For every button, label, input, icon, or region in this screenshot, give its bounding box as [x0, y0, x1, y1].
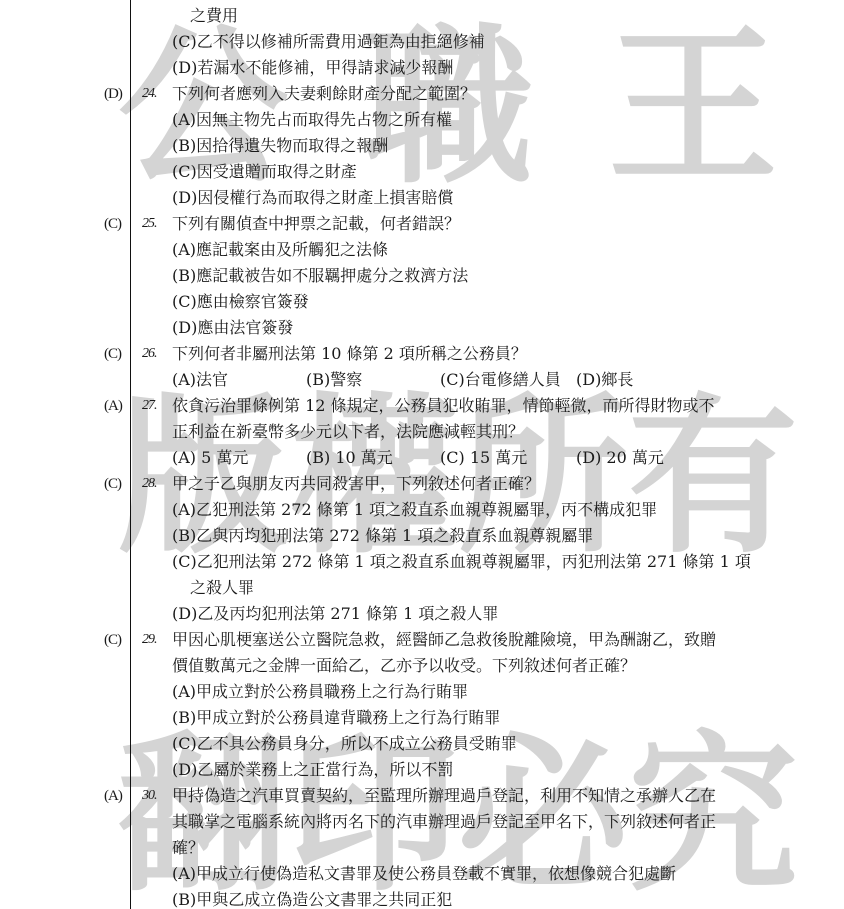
- answer-key: (C): [104, 344, 121, 364]
- q23-option-c: (C)乙不得以修補所需費用過鉅為由拒絕修補: [172, 32, 485, 52]
- answer-key: (C): [104, 214, 121, 234]
- answer-key: (C): [104, 630, 121, 650]
- option-a: (A)因無主物先占而取得先占物之所有權: [172, 110, 452, 130]
- option-b: (B)甲與乙成立偽造公文書罪之共同正犯: [172, 890, 452, 909]
- answer-key: (A): [104, 786, 122, 806]
- option-c: (C)應由檢察官簽發: [172, 292, 309, 312]
- option-a: (A)甲成立行使偽造私文書罪及使公務員登載不實罪，依想像競合犯處斷: [172, 864, 676, 884]
- question-number: 25.: [142, 214, 157, 234]
- question-stem-line-1: 甲因心肌梗塞送公立醫院急救，經醫師乙急救後脫離險境，甲為酬謝乙，致贈: [172, 630, 716, 650]
- option-c-continued: 之殺人罪: [190, 578, 254, 598]
- option-b: (B)警察: [306, 370, 362, 390]
- question-number: 24.: [142, 84, 157, 104]
- question-stem: 甲之子乙與朋友丙共同殺害甲，下列敘述何者正確？: [172, 474, 540, 494]
- option-a: (A)乙犯刑法第 272 條第 1 項之殺直系血親尊親屬罪，丙不構成犯罪: [172, 500, 657, 520]
- question-number: 26.: [142, 344, 157, 364]
- option-d: (D)應由法官簽發: [172, 318, 293, 338]
- q23-continuation: 之費用: [190, 6, 238, 26]
- question-stem-line-2: 價值數萬元之金牌一面給乙，乙亦予以收受。下列敘述何者正確？: [172, 656, 636, 676]
- answer-key: (A): [104, 396, 122, 416]
- option-d: (D)乙及丙均犯刑法第 271 條第 1 項之殺人罪: [172, 604, 498, 624]
- question-stem: 下列有關偵查中押票之記載，何者錯誤？: [172, 214, 460, 234]
- question-stem-line-1: 依貪污治罪條例第 12 條規定，公務員犯收賄罪，情節輕微，而所得財物或不: [172, 396, 715, 416]
- q23-option-d: (D)若漏水不能修補，甲得請求減少報酬: [172, 58, 453, 78]
- option-a: (A)法官: [172, 370, 228, 390]
- question-stem: 下列何者應列入夫妻剩餘財產分配之範圍？: [172, 84, 476, 104]
- answer-key: (D): [104, 84, 122, 104]
- option-d: (D)乙屬於業務上之正當行為，所以不罰: [172, 760, 453, 780]
- question-number: 27.: [142, 396, 157, 416]
- question-stem-line-2: 其職掌之電腦系統內將丙名下的汽車辦理過戶登記至甲名下，下列敘述何者正: [172, 812, 716, 832]
- option-a: (A) 5 萬元: [172, 448, 248, 468]
- option-c: (C) 15 萬元: [440, 448, 527, 468]
- answer-key: (C): [104, 474, 121, 494]
- answer-column-divider: [130, 0, 131, 909]
- option-d: (D) 20 萬元: [576, 448, 664, 468]
- question-number: 28.: [142, 474, 157, 494]
- option-d: (D)因侵權行為而取得之財產上損害賠償: [172, 188, 453, 208]
- question-number: 30.: [142, 786, 157, 806]
- option-b: (B)甲成立對於公務員違背職務上之行為行賄罪: [172, 708, 500, 728]
- option-a: (A)甲成立對於公務員職務上之行為行賄罪: [172, 682, 468, 702]
- option-c: (C)乙不具公務員身分，所以不成立公務員受賄罪: [172, 734, 517, 754]
- option-c: (C)台電修繕人員: [440, 370, 561, 390]
- option-c: (C)乙犯刑法第 272 條第 1 項之殺直系血親尊親屬罪，丙犯刑法第 271 …: [172, 552, 751, 572]
- watermark-char: 有: [628, 392, 798, 562]
- option-b: (B) 10 萬元: [306, 448, 393, 468]
- option-a: (A)應記載案由及所觸犯之法條: [172, 240, 388, 260]
- question-stem-line-1: 甲持偽造之汽車買賣契約，至監理所辦理過戶登記，利用不知情之承辦人乙在: [172, 786, 716, 806]
- option-b: (B)因拾得遺失物而取得之報酬: [172, 136, 388, 156]
- option-b: (B)應記載被告如不服羈押處分之救濟方法: [172, 266, 468, 286]
- option-d: (D)鄉長: [576, 370, 633, 390]
- question-number: 29.: [142, 630, 157, 650]
- option-b: (B)乙與丙均犯刑法第 272 條第 1 項之殺直系血親尊親屬罪: [172, 526, 593, 546]
- question-stem: 下列何者非屬刑法第 10 條第 2 項所稱之公務員？: [172, 344, 527, 364]
- question-stem-line-2: 正利益在新臺幣多少元以下者，法院應減輕其刑？: [172, 422, 524, 442]
- option-c: (C)因受遺贈而取得之財產: [172, 162, 357, 182]
- question-stem-line-3: 確？: [172, 838, 204, 858]
- watermark-char: 王: [608, 22, 778, 192]
